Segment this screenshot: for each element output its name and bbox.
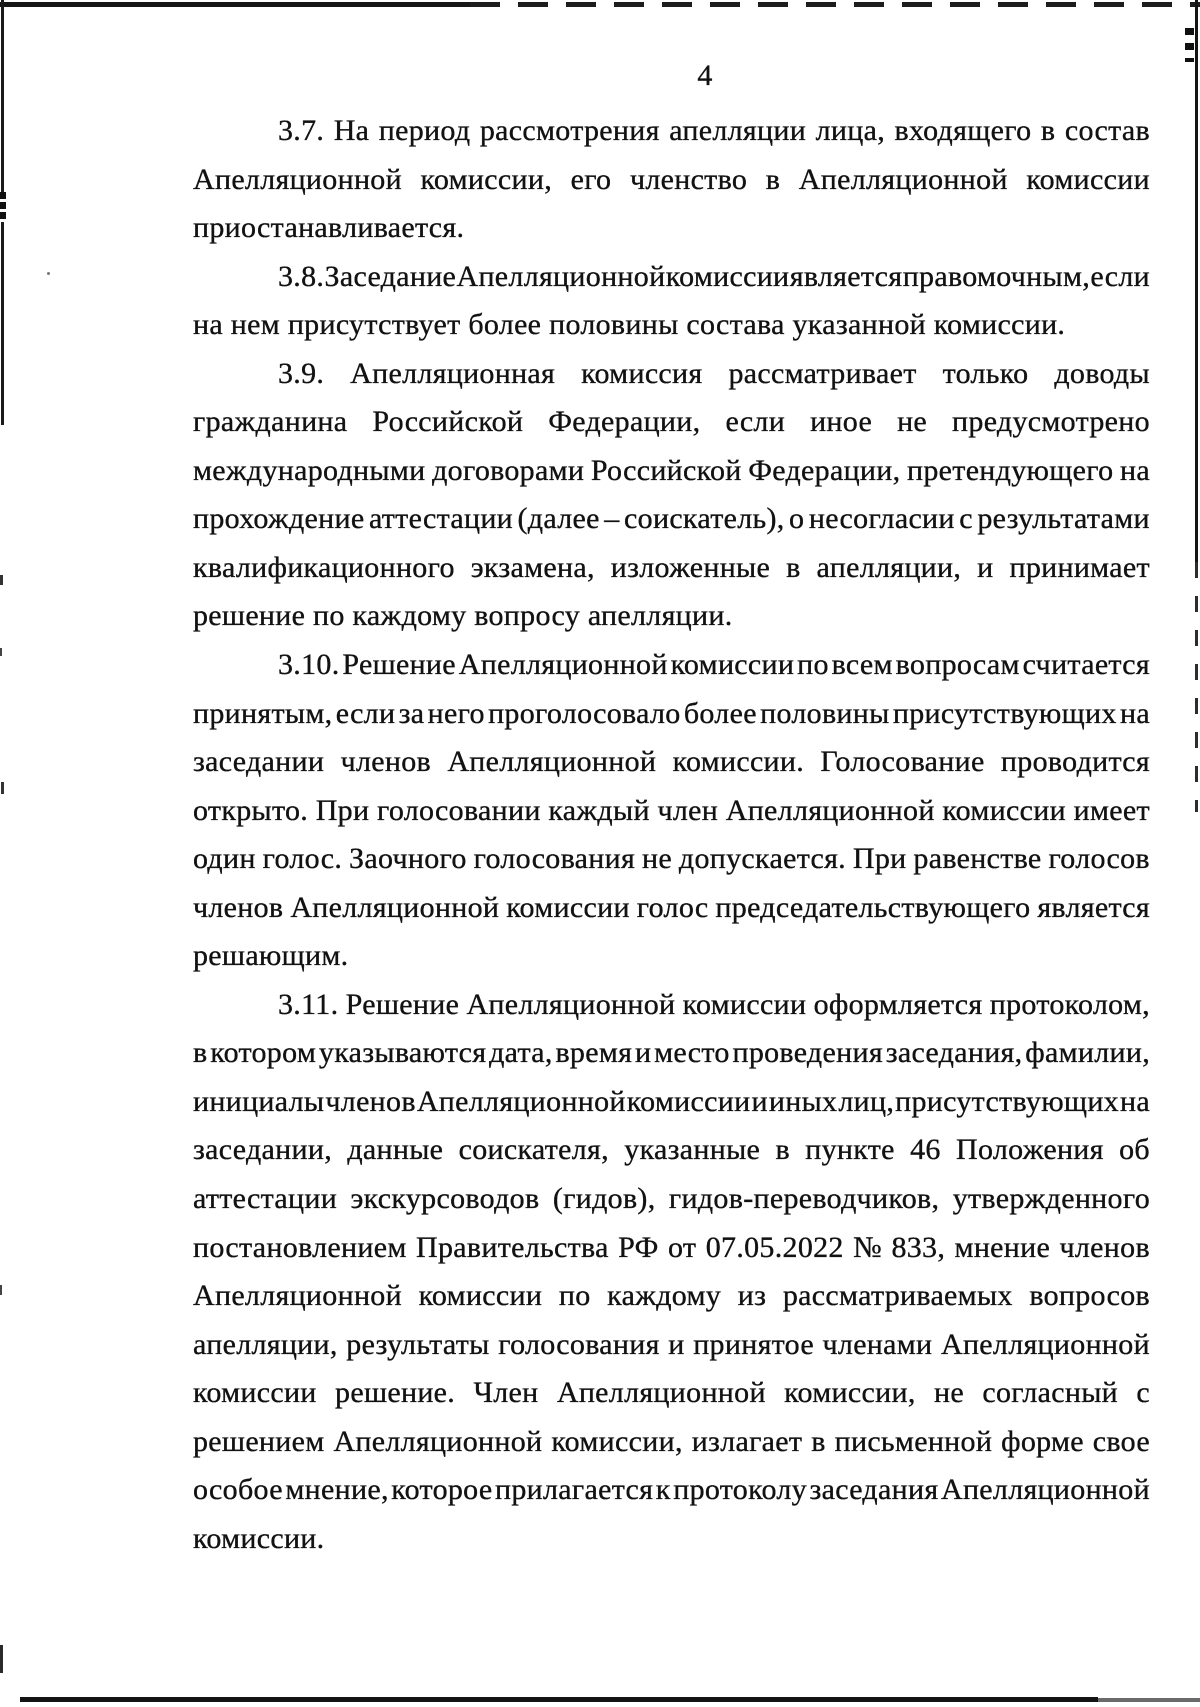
word: утвержденного: [953, 1175, 1150, 1224]
word: комиссии,: [784, 1369, 915, 1418]
word: не: [642, 835, 672, 884]
text-line: решающим.: [193, 932, 1150, 981]
text-line: гражданинаРоссийскойФедерации,еслииноене…: [193, 398, 1150, 447]
word: 3.7.: [278, 107, 324, 156]
word: дата,: [489, 1029, 553, 1078]
word: членство: [630, 156, 747, 205]
word: и: [668, 1321, 684, 1370]
word: с: [1136, 1369, 1150, 1418]
text-line: открыто.ПриголосованиикаждыйчленАпелляци…: [193, 787, 1150, 836]
word: Апелляционной: [459, 641, 668, 690]
page-number: 4: [105, 56, 1200, 96]
word: Апелляционная: [350, 350, 555, 399]
word: проголосовало: [488, 690, 680, 739]
word: свое: [1093, 1418, 1150, 1467]
text-line: решениемАпелляционнойкомиссии,излагаетвп…: [193, 1418, 1150, 1467]
word: считается: [1023, 641, 1150, 690]
word: проведения: [732, 1029, 882, 1078]
word: указываются: [319, 1029, 486, 1078]
word: –: [604, 495, 619, 544]
word: комиссии: [942, 787, 1066, 836]
word: 07.05.2022: [706, 1224, 844, 1273]
word: и: [635, 1029, 651, 1078]
text-line: одинголос.Заочногоголосованиянедопускает…: [193, 835, 1150, 884]
word: Апелляционной: [193, 156, 402, 205]
word: комиссии.: [673, 738, 804, 787]
word: комиссии: [193, 1369, 317, 1418]
text-line: комиссиирешение.ЧленАпелляционнойкомисси…: [193, 1369, 1150, 1418]
text-line: инициалычленовАпелляционнойкомиссииииных…: [193, 1078, 1150, 1127]
text-line: 3.7.Напериодрассмотренияапелляциилица,вх…: [193, 107, 1150, 156]
word: если: [725, 398, 785, 447]
paragraph: 3.8.ЗаседаниеАпелляционнойкомиссииявляет…: [193, 253, 1150, 350]
word: инициалы: [193, 1078, 324, 1127]
word: пункте: [805, 1126, 895, 1175]
text-line: квалификационногоэкзамена,изложенныевапе…: [193, 544, 1150, 593]
paragraph: 3.7.Напериодрассмотренияапелляциилица,вх…: [193, 107, 1150, 253]
word: более: [684, 690, 757, 739]
word: Положения: [956, 1126, 1104, 1175]
word: и: [977, 544, 993, 593]
word: Российской: [591, 447, 742, 496]
word: данные: [347, 1126, 443, 1175]
scan-artifact-left-speck: [0, 575, 3, 585]
word: иное: [810, 398, 872, 447]
word: присутствующих: [895, 1078, 1119, 1127]
word: излагает: [692, 1418, 803, 1467]
word: принимает: [1009, 544, 1149, 593]
text-line: прохождениеаттестации(далее–соискатель),…: [193, 495, 1150, 544]
word: членов: [341, 738, 431, 787]
scan-artifact-top-border-solid: [0, 2, 470, 7]
word: каждому: [607, 1272, 721, 1321]
word: комиссии: [671, 641, 795, 690]
scan-artifact-left-speck: [0, 648, 2, 656]
word: апелляции,: [193, 1321, 338, 1370]
text-line: постановлениемПравительстваРФот07.05.202…: [193, 1224, 1150, 1273]
word: правомочным,: [903, 253, 1090, 302]
word: договорами: [432, 447, 584, 496]
word: Российской: [372, 398, 523, 447]
text-line: членовАпелляционнойкомиссииголоспредседа…: [193, 884, 1150, 933]
word: период: [379, 107, 471, 156]
word: Апелляционной: [799, 156, 1008, 205]
word: При: [853, 835, 907, 884]
word: каждый: [548, 787, 649, 836]
text-line: Апелляционнойкомиссиипокаждомуизрассматр…: [193, 1272, 1150, 1321]
word: комиссия: [581, 350, 702, 399]
word: решение.: [335, 1369, 455, 1418]
word: (далее: [518, 495, 600, 544]
word: является: [790, 253, 903, 302]
word: доводы: [1054, 350, 1150, 399]
word: претендующего: [907, 447, 1113, 496]
word: 3.11.: [278, 981, 338, 1030]
paragraph: 3.10.РешениеАпелляционнойкомиссииповсемв…: [193, 641, 1150, 981]
word: в: [811, 1418, 825, 1467]
word: Решение: [342, 641, 456, 690]
word: комиссии: [419, 1272, 543, 1321]
paragraph: 3.11.РешениеАпелляционнойкомиссииоформля…: [193, 981, 1150, 1564]
word: на: [1120, 1078, 1150, 1127]
paragraph: 3.9.Апелляционнаякомиссиярассматриваетто…: [193, 350, 1150, 641]
text-line: особоемнение,котороеприлагаетсякпротокол…: [193, 1466, 1150, 1515]
word: При: [316, 787, 370, 836]
word: на: [1120, 447, 1150, 496]
scan-artifact-noise-dot: [47, 272, 50, 275]
scan-artifact-bottom-border: [20, 1697, 1098, 1702]
word: Федерации,: [748, 447, 900, 496]
word: Апелляционной: [290, 884, 499, 933]
word: Апелляционной: [447, 738, 656, 787]
word: его: [571, 156, 612, 205]
text-line: вкоторомуказываютсядата,времяиместопрове…: [193, 1029, 1150, 1078]
word: комиссии: [506, 884, 630, 933]
word: форме: [1001, 1418, 1084, 1467]
word: членами: [823, 1321, 933, 1370]
word: от: [668, 1224, 696, 1273]
scan-artifact-left-speck: [0, 1285, 2, 1295]
word: Апелляционной: [557, 1369, 766, 1418]
word: письменной: [835, 1418, 993, 1467]
word: результаты: [346, 1321, 489, 1370]
word: заседании: [193, 738, 324, 787]
scan-artifact-left-speck: [1, 782, 4, 794]
word: Заочного: [349, 835, 467, 884]
word: соискатель),: [624, 495, 785, 544]
word: апелляции: [669, 107, 806, 156]
word: открыто.: [193, 787, 308, 836]
word: РФ: [618, 1224, 658, 1273]
word: протоколу: [673, 1466, 807, 1515]
word: членов: [193, 884, 283, 933]
word: принятое: [693, 1321, 814, 1370]
word: о: [789, 495, 804, 544]
word: и: [751, 1078, 767, 1127]
word: проводится: [1001, 738, 1150, 787]
word: (гидов),: [553, 1175, 656, 1224]
scan-artifact-left-bottom-tick: [0, 1645, 3, 1673]
text-line: на нем присутствует более половины соста…: [193, 301, 1150, 350]
word: Правительства: [416, 1224, 609, 1273]
word: Член: [473, 1369, 538, 1418]
word: 833,: [891, 1224, 945, 1273]
word: комиссии: [1026, 156, 1150, 205]
word: несогласии: [809, 495, 955, 544]
word: особое: [193, 1466, 283, 1515]
word: комиссии: [627, 1078, 751, 1127]
text-line: приостанавливается.: [193, 204, 1150, 253]
word: голосования: [498, 1321, 660, 1370]
word: состав: [1065, 107, 1150, 156]
word: член: [657, 787, 718, 836]
text-line: Апелляционнойкомиссии,егочленствовАпелля…: [193, 156, 1150, 205]
word: голосов: [1048, 835, 1149, 884]
word: аттестации: [193, 1175, 337, 1224]
word: Апелляционной: [417, 1078, 626, 1127]
word: протоколом,: [990, 981, 1150, 1030]
word: комиссии,: [551, 1418, 682, 1467]
word: решением: [193, 1418, 325, 1467]
word: На: [334, 107, 370, 156]
word: если: [336, 690, 396, 739]
word: квалификационного: [193, 544, 455, 593]
word: Голосование: [820, 738, 984, 787]
word: Решение: [346, 981, 460, 1030]
word: указанные: [624, 1126, 760, 1175]
word: время: [555, 1029, 632, 1078]
word: принятым,: [193, 690, 332, 739]
word: голос.: [263, 835, 343, 884]
word: допускается.: [679, 835, 846, 884]
word: соискателя,: [459, 1126, 609, 1175]
word: вопросов: [1029, 1272, 1150, 1321]
word: Заседание: [325, 253, 457, 302]
word: членов: [325, 1078, 415, 1127]
word: Апелляционной: [456, 253, 665, 302]
word: гражданина: [193, 398, 347, 447]
text-line: 3.11.РешениеАпелляционнойкомиссииоформля…: [193, 981, 1150, 1030]
word: голосования: [474, 835, 636, 884]
word: лиц,: [838, 1078, 894, 1127]
word: аттестации: [369, 495, 513, 544]
scan-artifact-right-border-dashed: [1195, 562, 1198, 812]
word: председательствующего: [715, 884, 1030, 933]
scanned-document-page: 4 3.7.Напериодрассмотренияапелляциилица,…: [0, 0, 1200, 1707]
text-line: заседаниичленовАпелляционнойкомиссии.Гол…: [193, 738, 1150, 787]
word: апелляции,: [817, 544, 962, 593]
word: голос: [637, 884, 709, 933]
word: Федерации,: [548, 398, 700, 447]
word: мнение: [955, 1224, 1051, 1273]
word: результатами: [977, 495, 1150, 544]
word: экскурсоводов: [351, 1175, 540, 1224]
word: заседания: [809, 1466, 938, 1515]
scan-artifact-top-border-dashed: [470, 2, 1200, 7]
word: в: [193, 1029, 207, 1078]
word: мнение,: [285, 1466, 388, 1515]
word: Апелляционной: [941, 1321, 1150, 1370]
word: за: [399, 690, 425, 739]
word: входящего: [894, 107, 1031, 156]
text-line: международнымидоговорамиРоссийскойФедера…: [193, 447, 1150, 496]
word: прохождение: [193, 495, 364, 544]
word: Апелляционной: [193, 1272, 402, 1321]
word: не: [934, 1369, 964, 1418]
word: 3.9.: [278, 350, 324, 399]
word: имеет: [1074, 787, 1150, 836]
text-line: 3.8.ЗаседаниеАпелляционнойкомиссииявляет…: [193, 253, 1150, 302]
word: фамилии,: [1025, 1029, 1150, 1078]
word: постановлением: [193, 1224, 407, 1273]
word: 3.8.: [278, 253, 324, 302]
word: с: [959, 495, 973, 544]
word: лица,: [816, 107, 885, 156]
word: прилагается: [495, 1466, 653, 1515]
text-line: заседании,данныесоискателя,указанныевпун…: [193, 1126, 1150, 1175]
word: об: [1119, 1126, 1150, 1175]
word: которое: [391, 1466, 492, 1515]
word: согласный: [982, 1369, 1118, 1418]
text-line: решение по каждому вопросу апелляции.: [193, 592, 1150, 641]
word: является: [1037, 884, 1150, 933]
text-line: аттестацииэкскурсоводов(гидов),гидов-пер…: [193, 1175, 1150, 1224]
word: комиссии: [683, 981, 807, 1030]
word: гидов-переводчиков,: [669, 1175, 939, 1224]
word: изложенные: [611, 544, 770, 593]
word: международными: [193, 447, 426, 496]
word: Апелляционной: [726, 787, 935, 836]
word: если: [1090, 253, 1150, 302]
word: в: [786, 544, 800, 593]
text-line: комиссии.: [193, 1515, 1150, 1564]
word: в: [775, 1126, 789, 1175]
word: на: [1120, 690, 1150, 739]
word: Апелляционной: [333, 1418, 542, 1467]
word: один: [193, 835, 256, 884]
word: предусмотрено: [952, 398, 1150, 447]
word: в: [1041, 107, 1055, 156]
word: заседании,: [193, 1126, 332, 1175]
word: вопросам: [896, 641, 1020, 690]
document-body: 3.7.Напериодрассмотренияапелляциилица,вх…: [193, 107, 1150, 1563]
word: равенстве: [913, 835, 1041, 884]
word: него: [428, 690, 485, 739]
word: заседания,: [886, 1029, 1023, 1078]
text-line: 3.9.Апелляционнаякомиссиярассматриваетто…: [193, 350, 1150, 399]
word: голосовании: [377, 787, 541, 836]
word: не: [897, 398, 927, 447]
word: всем: [832, 641, 893, 690]
word: 3.10.: [278, 641, 340, 690]
word: иных: [769, 1078, 837, 1127]
word: место: [654, 1029, 730, 1078]
word: рассмотрения: [480, 107, 660, 156]
word: половины: [760, 690, 889, 739]
word: комиссии,: [421, 156, 552, 205]
word: в: [766, 156, 780, 205]
word: котором: [210, 1029, 316, 1078]
word: рассматриваемых: [783, 1272, 1013, 1321]
word: №: [853, 1224, 882, 1273]
word: экзамена,: [471, 544, 595, 593]
text-line: принятым,еслизанегопроголосовалоболеепол…: [193, 690, 1150, 739]
word: членов: [1060, 1224, 1150, 1273]
word: рассматривает: [728, 350, 916, 399]
text-line: апелляции,результатыголосованияипринятое…: [193, 1321, 1150, 1370]
word: Апелляционной: [941, 1466, 1150, 1515]
scan-artifact-left-blob: [0, 192, 6, 222]
word: комиссии: [666, 253, 790, 302]
word: присутствующих: [893, 690, 1117, 739]
word: по: [559, 1272, 591, 1321]
text-line: 3.10.РешениеАпелляционнойкомиссииповсемв…: [193, 641, 1150, 690]
word: 46: [910, 1126, 941, 1175]
word: только: [943, 350, 1029, 399]
word: Апелляционной: [466, 981, 675, 1030]
word: из: [738, 1272, 767, 1321]
word: оформляется: [814, 981, 983, 1030]
scan-artifact-bottom-border-right: [1098, 1698, 1200, 1702]
word: к: [656, 1466, 671, 1515]
word: по: [797, 641, 829, 690]
